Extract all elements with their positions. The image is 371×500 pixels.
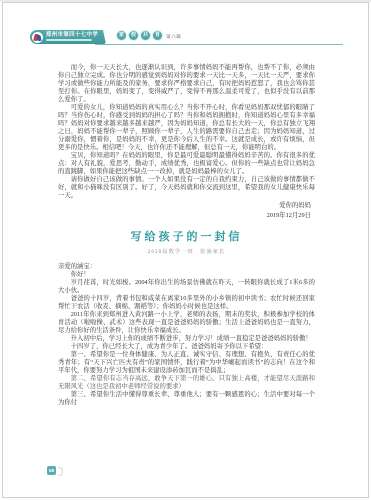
school-name-subline	[46, 39, 92, 41]
letter-paragraph: 第三、希望你生活中懂得尊重长辈、尊重他人；要有一颗感恩的心；生活中要对每一个为你…	[58, 391, 315, 407]
school-crest-icon	[32, 32, 43, 43]
page-number: 58	[47, 466, 56, 475]
book-page: 郑州市第四十七中学 家 校 共 育 第六辑 而今，你一天天长大，也逐渐认识到，许…	[0, 0, 371, 500]
letter-paragraph: 第一、希望你是一位身体健康、为人正直、诚实守信、有理想、有抱负、有责任心的优秀青…	[58, 351, 315, 375]
series-label: 第六辑	[166, 34, 181, 40]
letter-salutation: 亲爱的涵宝：	[58, 263, 315, 271]
letter-title: 写给孩子的一封信	[58, 231, 315, 244]
letter-greeting: 你好！	[58, 271, 315, 279]
letter-paragraph: 第二、希望你有志当存高远，敢争天下第一的雄心。只有独上高楼，才能望尽天涯路和无限…	[58, 375, 315, 391]
page-content: 而今，你一天天长大，也逐渐认识到，许多事情妈妈不能再帮你，也帮不了你，必须由你自…	[58, 64, 315, 407]
letter-paragraph: 十四岁了，你已经长大了，成为青少年了。爸爸妈妈寄予你以下希望：	[58, 343, 315, 351]
letter-paragraph: 可爱的女儿，你知道妈妈的真实用心么？当你不开心时，你看见妈妈那双忧郁的眼睛了吗？…	[58, 104, 315, 152]
school-logo-text: 郑州市第四十七中学	[46, 33, 98, 41]
letter-paragraph: 请你做好自己该做的事情。一个人如果没有一定的自我约束力，自己该做的事情都做不好，…	[58, 176, 315, 200]
letter-paragraph: 升入初中后，学习上你的成绩不断进步，努力学习！成绩一直稳定是爸爸妈妈的骄傲！	[58, 335, 315, 343]
letter-paragraph: 宝贝，你知道吗？在妈妈的眼里，你是最可爱最聪明最懂得妈妈辛苦的。你有很多的优点：…	[58, 152, 315, 176]
series-badge-1: 家	[117, 31, 126, 40]
header-rule	[95, 44, 343, 45]
letter-paragraph: 而今，你一天天长大，也逐渐认识到，许多事情妈妈不能再帮你，也帮不了你，必须由你自…	[58, 64, 315, 104]
school-logo: 郑州市第四十七中学	[30, 30, 106, 44]
letter-byline: 2020届数学一班 张涵家长	[58, 248, 315, 256]
page-header: 郑州市第四十七中学 家 校 共 育 第六辑	[0, 28, 371, 48]
series-badge-3: 共	[141, 31, 150, 40]
letter-body: 亲爱的涵宝： 你好！ 岁月荏苒，时光如梭。2004年你出生的场景仿佛就在昨天，一…	[58, 263, 315, 407]
crest-blue-shape	[37, 34, 42, 41]
letter-previous: 而今，你一天天长大，也逐渐认识到，许多事情妈妈不能再帮你，也帮不了你，必须由你自…	[58, 64, 315, 220]
letter-signature: 爱你的妈妈	[58, 202, 311, 210]
series-badge-2: 校	[129, 31, 138, 40]
school-name: 郑州市第四十七中学	[46, 33, 98, 38]
letter-paragraph: 2011年你来到郑州进入黄河路一小上学，老师的表扬，期末的奖状，积极参加学校的体…	[58, 311, 315, 335]
letter-date: 2019年12月29日	[58, 212, 311, 220]
letter-paragraph: 爸爸的十四岁，背着书包和咸菜在离家10多里外的小乡镇的初中读书；农忙时候还回家帮…	[58, 295, 315, 311]
series-badges: 家 校 共 育	[117, 31, 162, 40]
letter-paragraph: 岁月荏苒，时光如梭。2004年你出生的场景仿佛就在昨天，一转眼你就长成了1米6多…	[58, 279, 315, 295]
scan-edge	[0, 0, 371, 2]
series-badge-4: 育	[153, 31, 162, 40]
page-number-ornament	[58, 467, 63, 476]
